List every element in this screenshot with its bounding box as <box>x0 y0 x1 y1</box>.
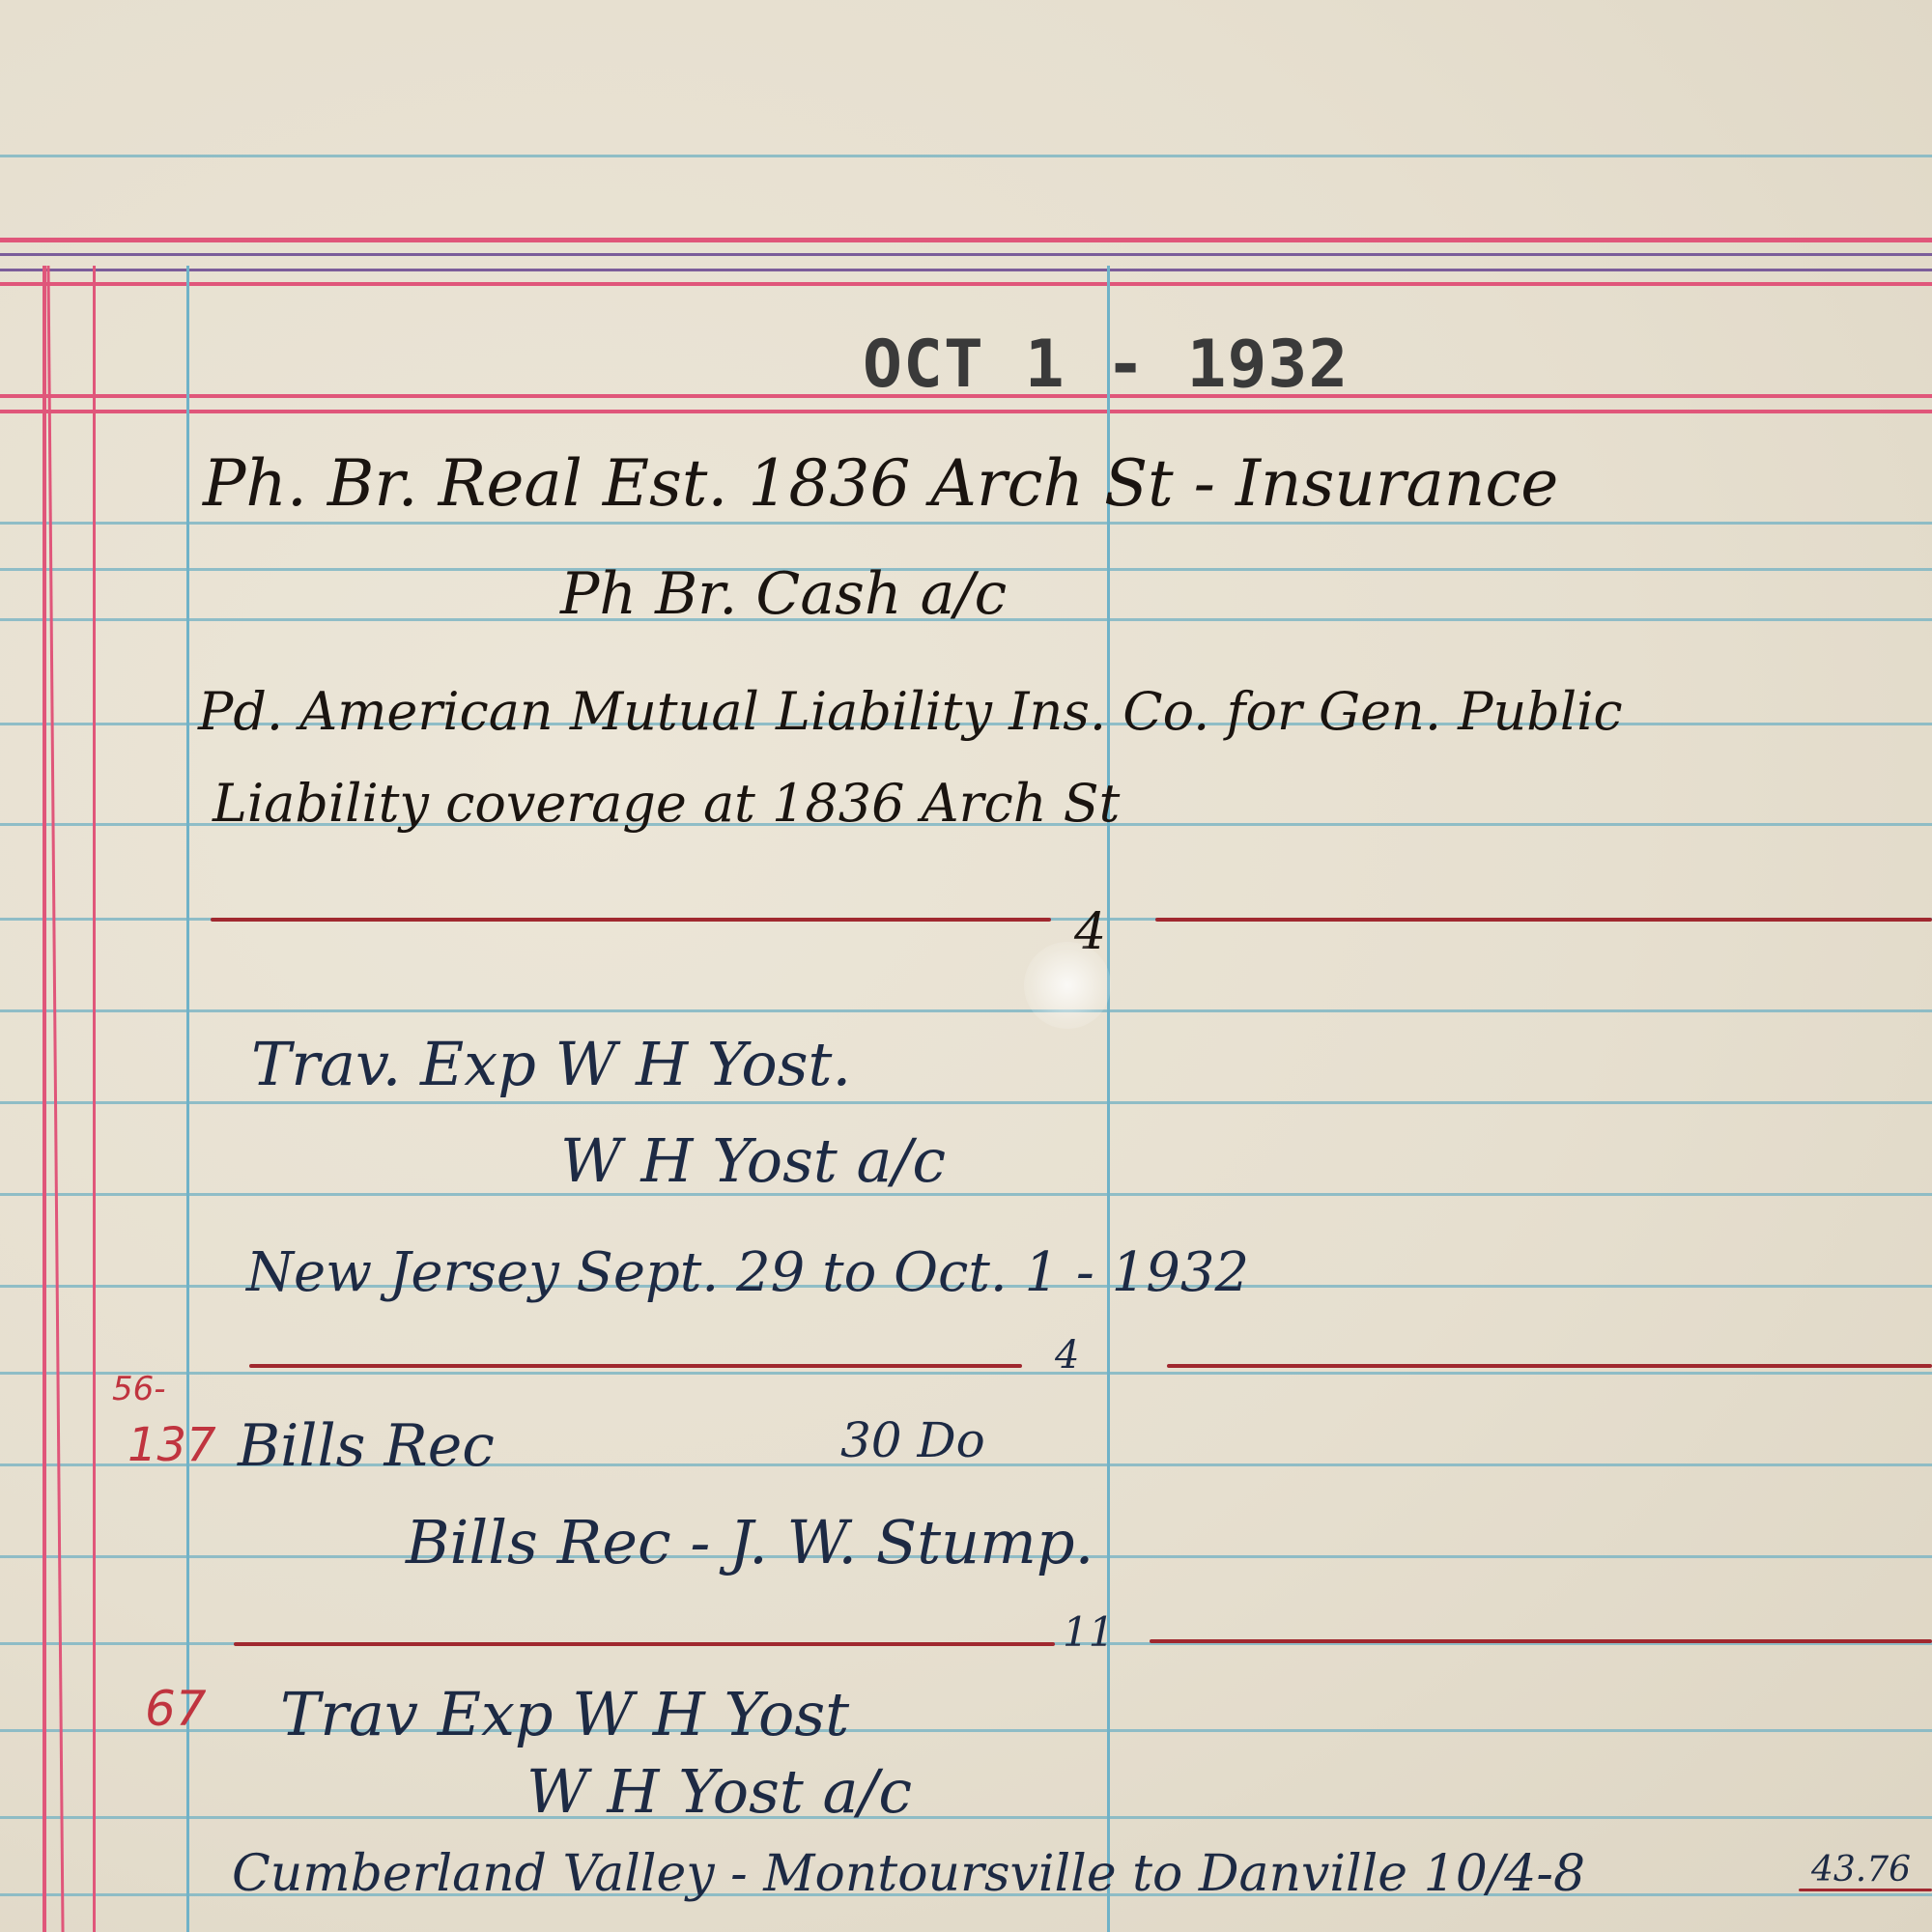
entry-1-total-rule <box>1155 918 1932 922</box>
entry-3-debit-note: 30 Do <box>840 1412 985 1468</box>
entry-3-debit: Bills Rec <box>238 1412 495 1480</box>
ruled-line <box>0 1816 1932 1819</box>
ruled-line <box>0 1009 1932 1012</box>
entry-4-amount: 43.76 <box>1811 1850 1911 1889</box>
ruled-line <box>0 522 1932 525</box>
margin-red-line <box>43 266 46 1932</box>
ruled-line <box>0 1372 1932 1375</box>
entry-3-amount-mark: 11 <box>1063 1608 1114 1656</box>
entry-3-total-rule <box>1150 1639 1932 1643</box>
ruled-line <box>0 155 1932 157</box>
entry-3-total-rule <box>234 1642 1055 1646</box>
ruled-line <box>0 1193 1932 1196</box>
entry-2-credit: W H Yost a/c <box>560 1125 946 1196</box>
paper-stain <box>1024 942 1111 1029</box>
entry-4-debit: Trav Exp W H Yost <box>280 1679 849 1749</box>
entry-2-total-rule <box>1167 1364 1932 1368</box>
entry-3-margin-ref: 137 <box>128 1418 216 1472</box>
entry-2-debit: Trav. Exp W H Yost. <box>251 1029 851 1099</box>
entry-2-amount-mark: 4 <box>1055 1333 1079 1378</box>
header-red-rule <box>0 410 1932 413</box>
entry-2-total-rule <box>249 1364 1022 1368</box>
ledger-page: OCT 1 - 1932 Ph. Br. Real Est. 1836 Arch… <box>0 0 1932 1932</box>
ruled-line <box>0 1101 1932 1104</box>
header-red-rule <box>0 238 1932 242</box>
entry-3-credit: Bills Rec - J. W. Stump. <box>406 1507 1094 1577</box>
entry-1-memo-line-2: Liability coverage at 1836 Arch St <box>213 773 1120 834</box>
entry-2-memo: New Jersey Sept. 29 to Oct. 1 - 1932 <box>246 1241 1249 1304</box>
entry-4-margin-ref: 67 <box>145 1681 207 1737</box>
header-red-rule <box>0 282 1932 286</box>
entry-1-total-rule <box>211 918 1051 922</box>
margin-red-line <box>46 266 64 1932</box>
header-purple-rule <box>0 269 1932 271</box>
entry-4-amount-underline <box>1799 1889 1932 1891</box>
date-stamp: OCT 1 - 1932 <box>863 327 1349 403</box>
margin-red-line <box>93 266 96 1932</box>
entry-1-memo-line-1: Pd. American Mutual Liability Ins. Co. f… <box>198 681 1623 742</box>
header-purple-rule <box>0 253 1932 256</box>
entry-3-margin-ref-top: 56- <box>112 1370 166 1408</box>
entry-1-debit: Ph. Br. Real Est. 1836 Arch St - Insuran… <box>203 446 1558 521</box>
entry-4-credit: W H Yost a/c <box>526 1756 912 1827</box>
entry-1-credit: Ph Br. Cash a/c <box>560 560 1007 628</box>
entry-4-memo: Cumberland Valley - Montoursville to Dan… <box>232 1845 1585 1903</box>
